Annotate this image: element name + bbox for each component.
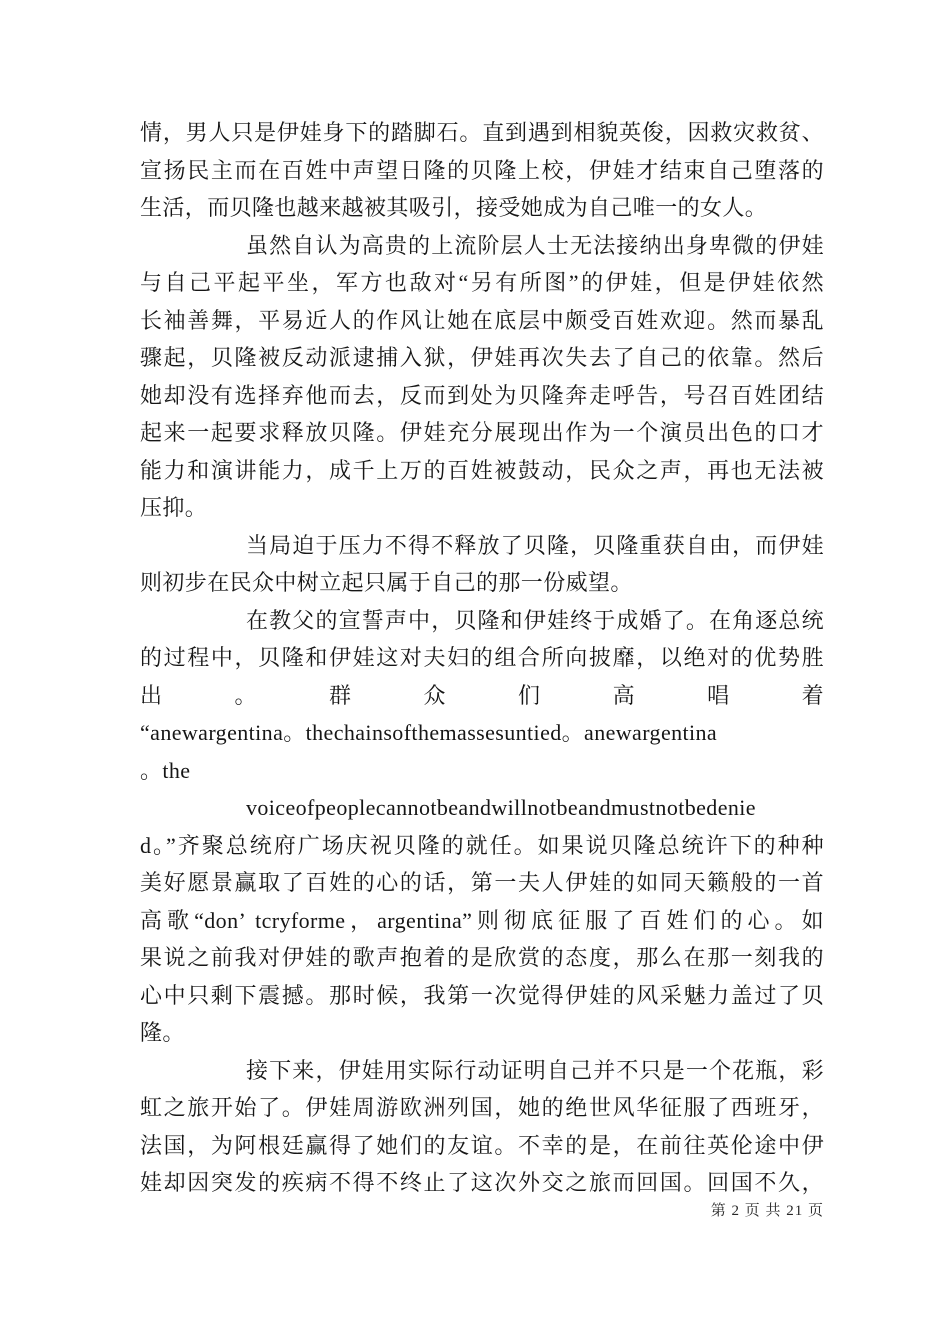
text-line: 的过程中，贝隆和伊娃这对夫妇的组合所向披靡，以绝对的优势胜	[140, 639, 824, 677]
text-line: 在教父的宣誓声中，贝隆和伊娃终于成婚了。在角逐总统	[140, 602, 824, 640]
text-line: 情，男人只是伊娃身下的踏脚石。直到遇到相貌英俊，因救灾救贫、	[140, 114, 824, 152]
text-line: 隆。	[140, 1014, 824, 1052]
text-line: 则初步在民众中树立起只属于自己的那一份威望。	[140, 564, 824, 602]
text-line: 起来一起要求释放贝隆。伊娃充分展现出作为一个演员出色的口才	[140, 414, 824, 452]
text-line: 生活，而贝隆也越来越被其吸引，接受她成为自己唯一的女人。	[140, 189, 824, 227]
text-line: 她却没有选择弃他而去，反而到处为贝隆奔走呼告，号召百姓团结	[140, 377, 824, 415]
text-line: 高歌“don’ tcryforme，argentina”则彻底征服了百姓们的心。…	[140, 902, 824, 940]
text-line: 长袖善舞，平易近人的作风让她在底层中颇受百姓欢迎。然而暴乱	[140, 302, 824, 340]
text-line: 能力和演讲能力，成千上万的百姓被鼓动，民众之声，再也无法被	[140, 452, 824, 490]
document-body: 情，男人只是伊娃身下的踏脚石。直到遇到相貌英俊，因救灾救贫、宣扬民主而在百姓中声…	[140, 114, 824, 1202]
text-line: 娃却因突发的疾病不得不终止了这次外交之旅而回国。回国不久，	[140, 1164, 824, 1202]
page-footer: 第 2 页 共 21 页	[140, 1200, 824, 1222]
text-line: 果说之前我对伊娃的歌声抱着的是欣赏的态度，那么在那一刻我的	[140, 939, 824, 977]
text-line: 当局迫于压力不得不释放了贝隆，贝隆重获自由，而伊娃	[140, 527, 824, 565]
document-page: 情，男人只是伊娃身下的踏脚石。直到遇到相貌英俊，因救灾救贫、宣扬民主而在百姓中声…	[0, 0, 950, 1344]
text-line: d。”齐聚总统府广场庆祝贝隆的就任。如果说贝隆总统许下的种种	[140, 827, 824, 865]
text-line: 宣扬民主而在百姓中声望日隆的贝隆上校，伊娃才结束自己堕落的	[140, 152, 824, 190]
text-line: 虽然自认为高贵的上流阶层人士无法接纳出身卑微的伊娃	[140, 227, 824, 265]
text-line: 法国，为阿根廷赢得了她们的友谊。不幸的是，在前往英伦途中伊	[140, 1127, 824, 1165]
text-line: voiceofpeoplecannotbeandwillnotbeandmust…	[140, 789, 824, 827]
text-line: 出。群众们高唱着	[140, 677, 824, 715]
text-line: “anewargentina。thechainsofthemassesuntie…	[140, 714, 824, 752]
text-line: 心中只剩下震撼。那时候，我第一次觉得伊娃的风采魅力盖过了贝	[140, 977, 824, 1015]
text-line: 与自己平起平坐，军方也敌对“另有所图”的伊娃，但是伊娃依然	[140, 264, 824, 302]
text-line: 美好愿景赢取了百姓的心的话，第一夫人伊娃的如同天籁般的一首	[140, 864, 824, 902]
text-line: 虹之旅开始了。伊娃周游欧洲列国，她的绝世风华征服了西班牙，	[140, 1089, 824, 1127]
text-line: 骤起，贝隆被反动派逮捕入狱，伊娃再次失去了自己的依靠。然后	[140, 339, 824, 377]
text-line: 压抑。	[140, 489, 824, 527]
text-line: 接下来，伊娃用实际行动证明自己并不只是一个花瓶，彩	[140, 1052, 824, 1090]
text-line: 。the	[140, 752, 824, 790]
